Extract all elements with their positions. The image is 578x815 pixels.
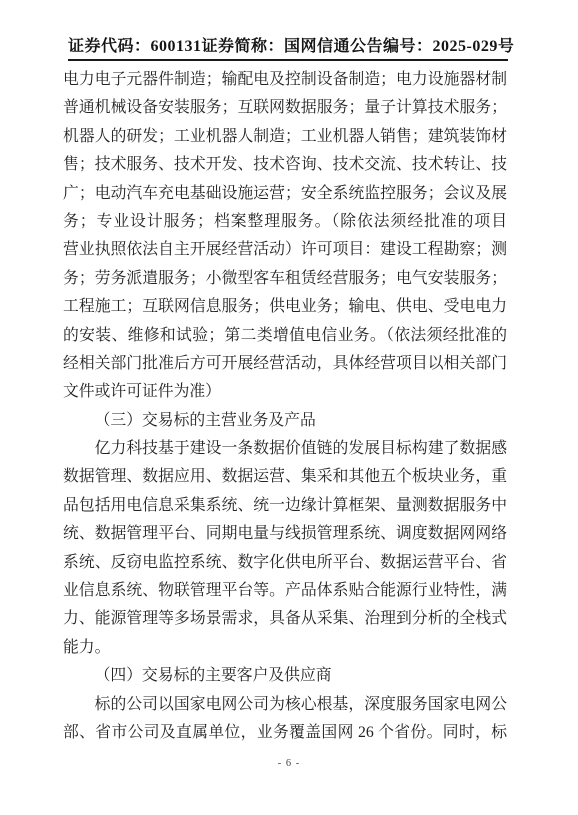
text-line: 亿力科技基于建设一条数据价值链的发展目标构建了数据感知、 [63,435,507,463]
text-line: 能力。 [63,634,507,662]
announcement-number-label: 公告编号：2025-029号 [350,33,514,56]
text-line: 广；电动汽车充电基础设施运营；安全系统监控服务；会议及展览服 [63,180,507,208]
page-number: - 6 - [0,758,578,769]
stock-name-label: 证券简称：国网信通 [202,33,351,56]
stock-code-label: 证券代码：600131 [68,33,202,56]
text-line: 务；劳务派遣服务；小微型客车租赁经营服务；电气安装服务；建设 [63,265,507,293]
text-line: 部、省市公司及直属单位，业务覆盖国网 26 个省份。同时，标的公 [63,719,507,747]
text-line: 电力电子元器件制造；输配电及控制设备制造；电力设施器材制造； [63,66,507,94]
text-line: 营业执照依法自主开展经营活动）许可项目：建设工程勘察；测绘服 [63,236,507,264]
text-line: 经相关部门批准后方可开展经营活动，具体经营项目以相关部门批准 [63,350,507,378]
text-line: 售；技术服务、技术开发、技术咨询、技术交流、技术转让、技术推 [63,151,507,179]
text-line: 力、能源管理等多场景需求，具备从采集、治理到分析的全栈式数据 [63,605,507,633]
text-line: 工程施工；互联网信息服务；供电业务；输电、供电、受电电力设施 [63,293,507,321]
text-line: 系统、反窃电监控系统、数字化供电所平台、数据运营平台、省管产 [63,549,507,577]
text-line: 务；专业设计服务；档案整理服务。（除依法须经批准的项目外，凭 [63,208,507,236]
document-body: 电力电子元器件制造；输配电及控制设备制造；电力设施器材制造；普通机械设备安装服务… [63,66,507,747]
text-line: （四）交易标的主要客户及供应商 [63,662,507,690]
text-line: （三）交易标的主营业务及产品 [63,407,507,435]
document-page: 证券代码：600131 证券简称：国网信通 公告编号：2025-029号 电力电… [0,0,578,815]
page-number-label: - 6 - [278,758,301,769]
text-line: 机器人的研发；工业机器人制造；工业机器人销售；建筑装饰材料销 [63,123,507,151]
text-line: 统、数据管理平台、同期电量与线损管理系统、调度数据网网络管理 [63,520,507,548]
text-line: 标的公司以国家电网公司为核心根基，深度服务国家电网公司总 [63,691,507,719]
text-line: 业信息系统、物联管理平台等。产品体系贴合能源行业特性，满足电 [63,577,507,605]
text-line: 的安装、维修和试验；第二类增值电信业务。（依法须经批准的项目， [63,322,507,350]
text-line: 品包括用电信息采集系统、统一边缘计算框架、量测数据服务中心系 [63,492,507,520]
securities-header: 证券代码：600131 证券简称：国网信通 公告编号：2025-029号 [68,33,508,61]
text-line: 数据管理、数据应用、数据运营、集采和其他五个板块业务，重点产 [63,463,507,491]
text-line: 普通机械设备安装服务；互联网数据服务；量子计算技术服务；智能 [63,94,507,122]
text-line: 文件或许可证件为准） [63,378,507,406]
